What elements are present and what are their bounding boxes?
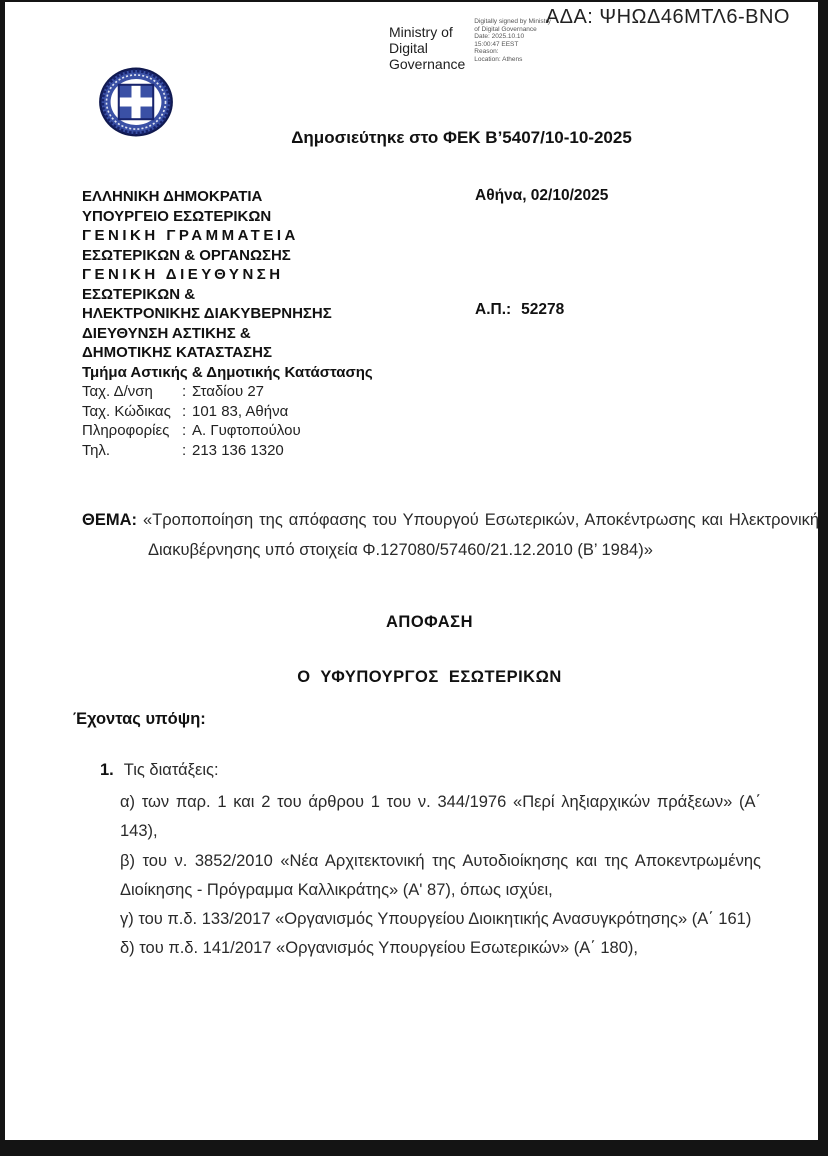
- decision-title: ΑΠΟΦΑΣΗ: [5, 613, 818, 632]
- contact-value: Α. Γυφτοπούλου: [192, 421, 301, 441]
- provision-c: γ) του π.δ. 133/2017 «Οργανισμός Υπουργε…: [120, 905, 761, 934]
- signature-detail-line: of Digital Governance: [474, 26, 551, 34]
- contact-label: Ταχ. Κώδικας: [82, 402, 182, 422]
- agency-line: ΔΙΕΥΘΥΝΣΗ ΑΣΤΙΚΗΣ &: [82, 324, 442, 344]
- colon: :: [182, 421, 192, 441]
- agency-line: ΥΠΟΥΡΓΕΙΟ ΕΣΩΤΕΡΙΚΩΝ: [82, 207, 442, 227]
- signature-detail-line: Location: Athens: [474, 56, 551, 64]
- signer-line: Digital: [389, 40, 465, 56]
- colon: :: [182, 382, 192, 402]
- list-item-1: 1.Τις διατάξεις:: [100, 761, 219, 780]
- contact-row-information: Πληροφορίες : Α. Γυφτοπούλου: [82, 421, 442, 441]
- subject-text: «Τροποποίηση της απόφασης του Υπουργού Ε…: [143, 511, 827, 559]
- preamble-heading: Έχοντας υπόψη:: [73, 710, 206, 729]
- provision-b: β) του ν. 3852/2010 «Νέα Αρχιτεκτονική τ…: [120, 847, 761, 906]
- authority-title: Ο ΥΦΥΠΟΥΡΓΟΣ ΕΣΩΤΕΡΙΚΩΝ: [5, 668, 818, 687]
- document-page: ΑΔΑ: ΨΗΩΔ46ΜΤΛ6-ΒΝΟ Ministry of Digital …: [0, 0, 828, 1156]
- signature-detail-line: Date: 2025.10.10: [474, 33, 551, 41]
- agency-line: ΕΛΛΗΝΙΚΗ ΔΗΜΟΚΡΑΤΙΑ: [82, 187, 442, 207]
- contact-row-address: Ταχ. Δ/νση : Σταδίου 27: [82, 382, 442, 402]
- agency-line: ΕΣΩΤΕΡΙΚΩΝ &: [82, 285, 442, 305]
- protocol-number-line: Α.Π.:52278: [475, 301, 564, 319]
- ada-code: ΑΔΑ: ΨΗΩΔ46ΜΤΛ6-ΒΝΟ: [546, 6, 790, 29]
- contact-row-postcode: Ταχ. Κώδικας : 101 83, Αθήνα: [82, 402, 442, 422]
- protocol-number: 52278: [521, 301, 564, 318]
- signature-details: Digitally signed by Ministry of Digital …: [474, 18, 551, 72]
- contact-label: Τηλ.: [82, 441, 182, 461]
- contact-label: Ταχ. Δ/νση: [82, 382, 182, 402]
- contact-value: Σταδίου 27: [192, 382, 264, 402]
- city-date: Αθήνα, 02/10/2025: [475, 187, 775, 205]
- signer-line: Ministry of: [389, 24, 465, 40]
- fek-publication-line: Δημοσιεύτηκε στο ΦΕΚ Β’5407/10-10-2025: [5, 128, 818, 148]
- list-item-number: 1.: [100, 761, 114, 779]
- agency-line: ΓΕΝΙΚΗ ΓΡΑΜΜΑΤΕΙΑ: [82, 226, 442, 246]
- contact-row-phone: Τηλ. : 213 136 1320: [82, 441, 442, 461]
- signer-line: Governance: [389, 56, 465, 72]
- digital-signature-block: Ministry of Digital Governance Digitally…: [389, 24, 551, 72]
- provision-a: α) των παρ. 1 και 2 του άρθρου 1 του ν. …: [120, 788, 761, 847]
- list-item-text: Τις διατάξεις:: [124, 761, 219, 779]
- agency-line: ΔΗΜΟΤΙΚΗΣ ΚΑΤΑΣΤΑΣΗΣ: [82, 343, 442, 363]
- department-line: Τμήμα Αστικής & Δημοτικής Κατάστασης: [82, 363, 442, 383]
- agency-line: ΓΕΝΙΚΗ ΔΙΕΥΘΥΝΣΗ: [82, 265, 442, 285]
- contact-label: Πληροφορίες: [82, 421, 182, 441]
- subject-paragraph: ΘΕΜΑ: «Τροποποίηση της απόφασης του Υπου…: [82, 506, 827, 565]
- provisions-list: α) των παρ. 1 και 2 του άρθρου 1 του ν. …: [120, 788, 761, 964]
- protocol-label: Α.Π.:: [475, 301, 511, 318]
- agency-line: ΗΛΕΚΤΡΟΝΙΚΗΣ ΔΙΑΚΥΒΕΡΝΗΣΗΣ: [82, 304, 442, 324]
- signature-detail-line: 15:00:47 EEST: [474, 41, 551, 49]
- signature-detail-line: Digitally signed by Ministry: [474, 18, 551, 26]
- agency-line: ΕΣΩΤΕΡΙΚΩΝ & ΟΡΓΑΝΩΣΗΣ: [82, 246, 442, 266]
- contact-value: 101 83, Αθήνα: [192, 402, 288, 422]
- colon: :: [182, 441, 192, 461]
- contact-value: 213 136 1320: [192, 441, 284, 461]
- colon: :: [182, 402, 192, 422]
- signature-detail-line: Reason:: [474, 48, 551, 56]
- subject-label: ΘΕΜΑ:: [82, 511, 137, 529]
- issuing-authority-block: ΕΛΛΗΝΙΚΗ ΔΗΜΟΚΡΑΤΙΑ ΥΠΟΥΡΓΕΙΟ ΕΣΩΤΕΡΙΚΩΝ…: [82, 187, 442, 460]
- provision-d: δ) του π.δ. 141/2017 «Οργανισμός Υπουργε…: [120, 934, 761, 963]
- signer-name: Ministry of Digital Governance: [389, 24, 465, 72]
- date-protocol-block: Αθήνα, 02/10/2025 Α.Π.:52278: [475, 187, 775, 205]
